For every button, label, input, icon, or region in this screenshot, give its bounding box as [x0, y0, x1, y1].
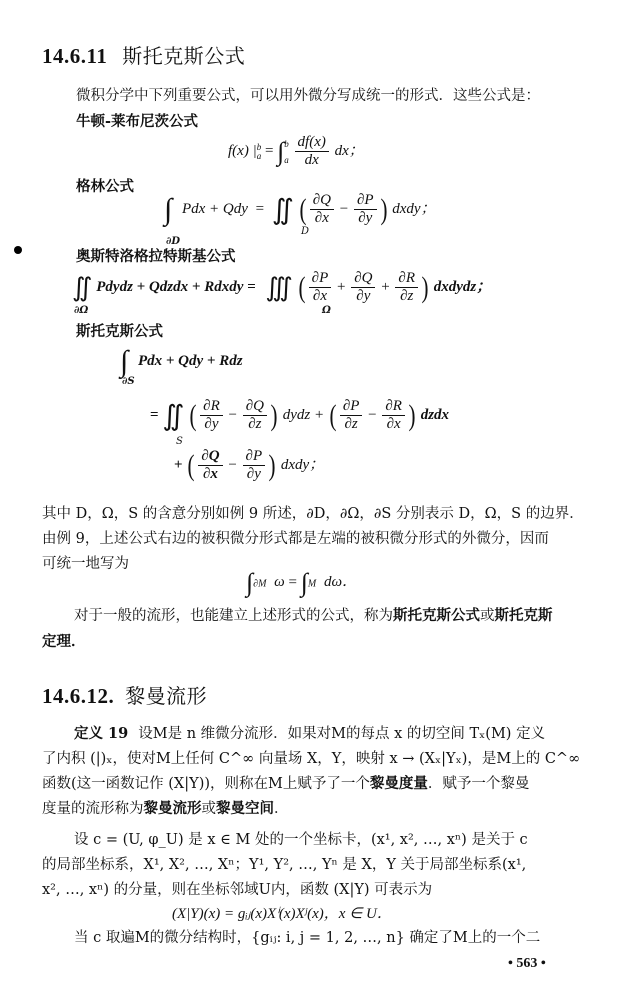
gauss-dint-sub: ∂Ω — [74, 305, 88, 316]
section-heading-14-6-11: 14.6.11 斯托克斯公式 — [42, 40, 245, 69]
section-heading-14-6-12: 14.6.12. 黎曼流形 — [42, 680, 207, 709]
gauss-formula-label: 奥斯特洛格拉特斯基公式 — [76, 245, 236, 266]
metric-formula: (X|Y)(x) = gᵢⱼ(x)Xⁱ(x)Xʲ(x)，x ∈ U． — [172, 902, 392, 923]
gauss-tint-sub: Ω — [322, 305, 331, 316]
definition-19-line2: 了内积 (|)ₓ，使对M上任何 C^∞ 向量场 X，Y，映射 x → (Xₓ|Y… — [42, 747, 580, 768]
paragraph-general-line2: 定理． — [42, 630, 86, 651]
definition-19-line4: 度量的流形称为黎曼流形或黎曼空间． — [42, 797, 289, 818]
newton-leibniz-label: 牛顿-莱布尼茨公式 — [76, 110, 198, 131]
section-number: 14.6.12. — [42, 684, 114, 708]
stokes-int-sub: ∂S — [122, 376, 135, 387]
paragraph-where-line2: 由例 9，上述公式右边的被积微分形式都是左端的被积微分形式的外微分，因而 — [42, 527, 549, 548]
paragraph-where-line1: 其中 D，Ω，S 的含意分别如例 9 所述，∂D，∂Ω，∂S 分别表示 D，Ω，… — [42, 502, 584, 523]
green-formula: ∫ Pdx + Qdy = ∬ (∂Q∂x − ∂P∂y) dxdy； — [164, 192, 436, 227]
stokes-formula-rhs-2: + (∂Q∂x − ∂P∂y) dxdy； — [174, 448, 324, 483]
chart-paragraph-line1: 设 c = (U, φ_U) 是 x ∈ M 处的一个坐标卡，(x¹, x², … — [74, 828, 528, 849]
general-stokes-formula: ∫∂M ω = ∫M dω． — [246, 568, 357, 598]
green-formula-label: 格林公式 — [76, 175, 134, 196]
paragraph-general-line1: 对于一般的流形，也能建立上述形式的公式，称为斯托克斯公式或斯托克斯 — [74, 604, 553, 625]
chart-paragraph-line2: 的局部坐标系，X¹, X², …, Xⁿ；Y¹, Y², …, Yⁿ 是 X，Y… — [42, 853, 526, 874]
newton-leibniz-formula: f(x) |ba = ∫ba df(x)dx dx； — [228, 134, 364, 169]
section-title: 黎曼流形 — [125, 684, 207, 708]
definition-19-line1: 定义 19设M是 n 维微分流形．如果对M的每点 x 的切空间 Tₓ(M) 定义 — [74, 722, 545, 743]
stokes-formula-lhs: ∫ Pdx + Qdy + Rdz — [120, 345, 243, 379]
paragraph-where-line3: 可统一地写为 — [42, 552, 129, 573]
page-number: • 563 • — [508, 956, 546, 972]
section-number: 14.6.11 — [42, 44, 107, 68]
stokes-formula-label: 斯托克斯公式 — [76, 320, 163, 341]
stokes-formula-rhs-1: = ∬ (∂R∂y − ∂Q∂z) dydz + (∂P∂z − ∂R∂x) d… — [150, 398, 449, 433]
gauss-formula: ∬ Pdydz + Qdzdx + Rdxdy = ∭ (∂P∂x + ∂Q∂y… — [72, 270, 491, 305]
definition-label: 定义 19 — [74, 725, 128, 742]
intro-paragraph: 微积分学中下列重要公式，可以用外微分写成统一的形式．这些公式是： — [76, 84, 540, 105]
green-dint-sub: D — [301, 226, 309, 237]
definition-19-line3: 函数(这一函数记作 (X|Y))，则称在M上赋予了一个黎曼度量．赋予一个黎曼 — [42, 772, 529, 793]
section-title: 斯托克斯公式 — [122, 44, 245, 68]
last-line: 当 c 取遍M的微分结构时，{gᵢⱼ: i, j = 1, 2, …, n} 确… — [74, 926, 540, 947]
chart-paragraph-line3: x², …, xⁿ) 的分量，则在坐标邻域U内，函数 (X|Y) 可表示为 — [42, 878, 432, 899]
margin-bullet-icon — [14, 246, 22, 254]
stokes-dint-sub: S — [176, 436, 183, 447]
